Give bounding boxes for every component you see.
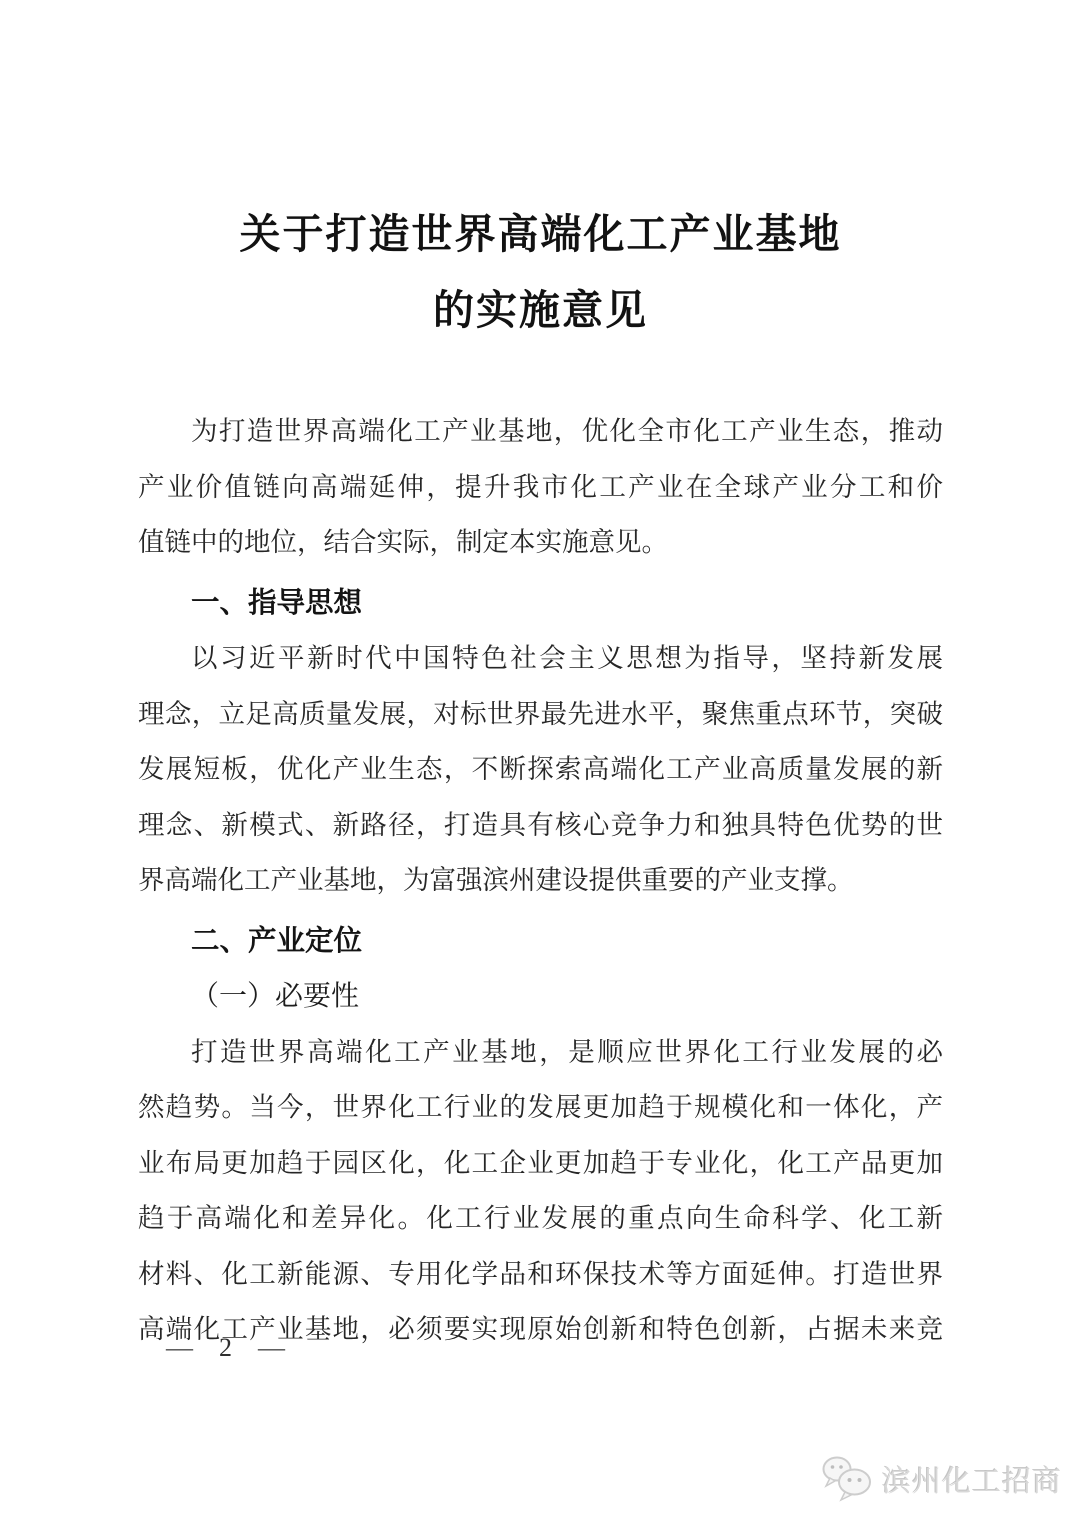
text-line: 发展短板，优化产业生态，不断探索高端化工产业高质量发展的新 [138,742,943,798]
document-title: 关于打造世界高端化工产业基地 的实施意见 [138,196,943,348]
guiding-ideology-paragraph: 以习近平新时代中国特色社会主义思想为指导，坚持新发展 理念，立足高质量发展，对标… [138,631,943,909]
title-line-1: 关于打造世界高端化工产业基地 [138,196,943,272]
page-number-dash-left: — [166,1332,193,1363]
text-line: 产业价值链向高端延伸，提升我市化工产业在全球产业分工和价 [138,460,943,516]
text-line: 理念，立足高质量发展，对标世界最先进水平，聚焦重点环节，突破 [138,687,943,743]
section-heading-guiding-ideology: 一、指导思想 [138,576,943,632]
intro-paragraph: 为打造世界高端化工产业基地，优化全市化工产业生态，推动 产业价值链向高端延伸，提… [138,404,943,571]
page-number-dash-right: — [258,1332,285,1363]
text-line: 以习近平新时代中国特色社会主义思想为指导，坚持新发展 [138,631,943,687]
page-number-value: 2 [219,1333,232,1363]
wechat-logo-icon [821,1455,875,1503]
watermark-text: 滨州化工招商 [882,1459,1062,1500]
text-line: 为打造世界高端化工产业基地，优化全市化工产业生态，推动 [138,404,943,460]
text-line: 界高端化工产业基地，为富强滨州建设提供重要的产业支撑。 [138,853,943,909]
document-page: 关于打造世界高端化工产业基地 的实施意见 为打造世界高端化工产业基地，优化全市化… [0,0,1080,1527]
watermark: 滨州化工招商 [821,1455,1062,1503]
page-number: — 2 — [166,1332,285,1363]
text-line: 然趋势。当今，世界化工行业的发展更加趋于规模化和一体化，产 [138,1080,943,1136]
text-line: 打造世界高端化工产业基地，是顺应世界化工行业发展的必 [138,1025,943,1081]
title-line-2: 的实施意见 [138,272,943,348]
text-line: 材料、化工新能源、专用化学品和环保技术等方面延伸。打造世界 [138,1247,943,1303]
document-body: 为打造世界高端化工产业基地，优化全市化工产业生态，推动 产业价值链向高端延伸，提… [138,404,943,1358]
section-heading-industry-positioning: 二、产业定位 [138,914,943,970]
subsection-heading-necessity: （一）必要性 [138,969,943,1025]
text-line: 值链中的地位，结合实际，制定本实施意见。 [138,515,943,571]
text-line: 趋于高端化和差异化。化工行业发展的重点向生命科学、化工新 [138,1191,943,1247]
necessity-paragraph: 打造世界高端化工产业基地，是顺应世界化工行业发展的必 然趋势。当今，世界化工行业… [138,1025,943,1358]
text-line: 业布局更加趋于园区化，化工企业更加趋于专业化，化工产品更加 [138,1136,943,1192]
text-line: 理念、新模式、新路径，打造具有核心竞争力和独具特色优势的世 [138,798,943,854]
document-content: 关于打造世界高端化工产业基地 的实施意见 为打造世界高端化工产业基地，优化全市化… [138,0,943,1358]
